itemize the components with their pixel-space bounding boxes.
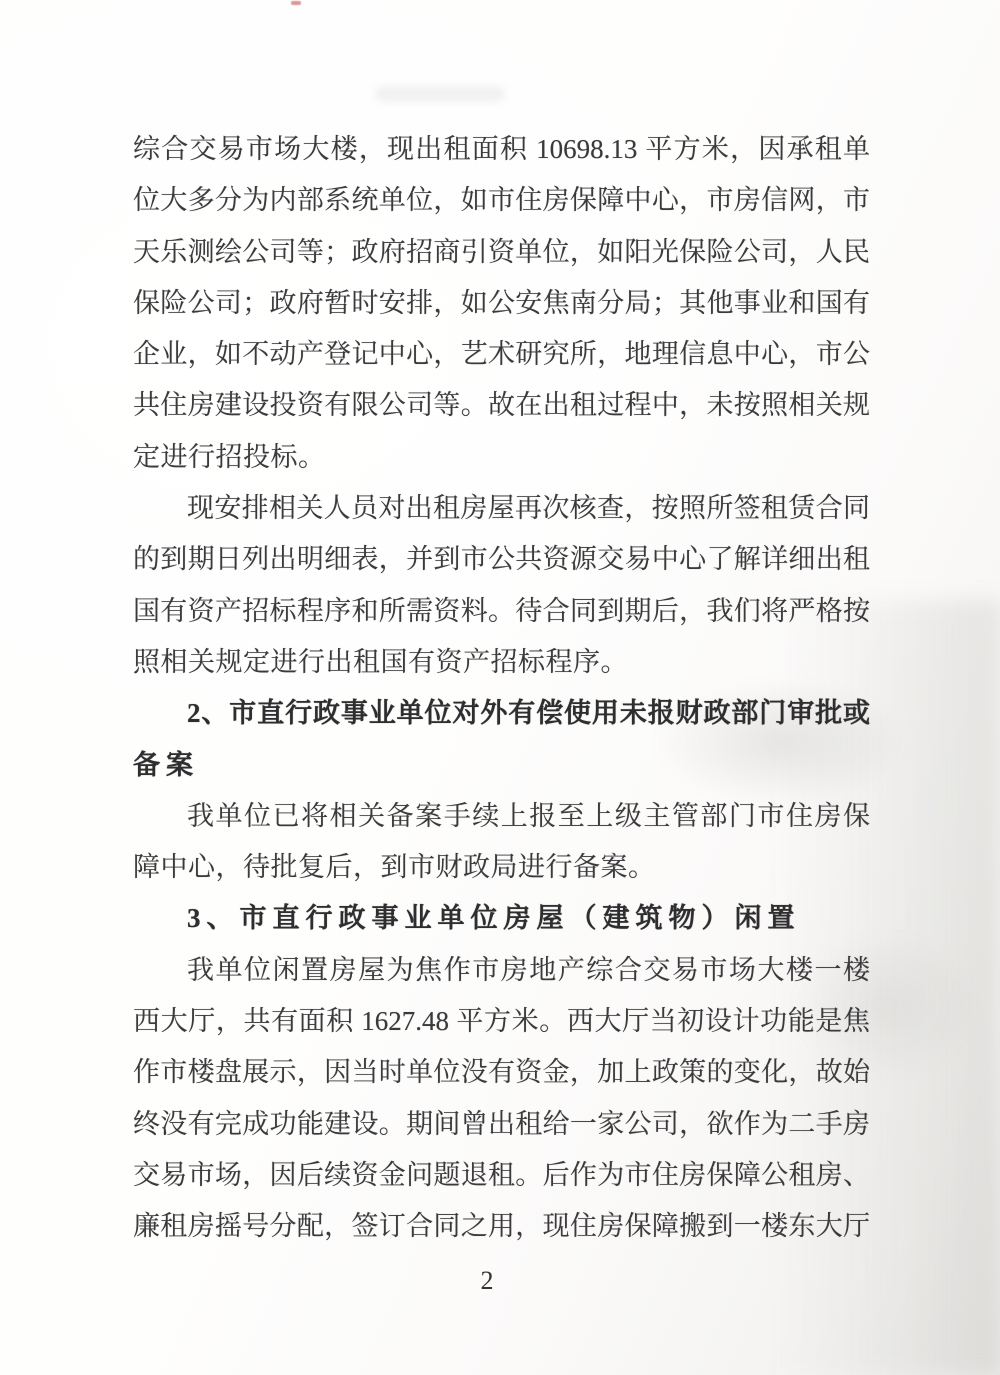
text-line: 我单位已将相关备案手续上报至上级主管部门市住房保: [133, 791, 870, 842]
section-heading-2: 2、市直行政事业单位对外有偿使用未报财政部门审批或: [133, 688, 870, 739]
text-line: 企业，如不动产登记中心，艺术研究所，地理信息中心，市公: [133, 329, 870, 380]
text-line: 我单位闲置房屋为焦作市房地产综合交易市场大楼一楼: [133, 945, 870, 996]
text-line: 共住房建设投资有限公司等。故在出租过程中，未按照相关规: [133, 380, 870, 431]
text-line: 国有资产招标程序和所需资料。待合同到期后，我们将严格按: [133, 586, 870, 637]
text-line: 现安排相关人员对出租房屋再次核查，按照所签租赁合同: [133, 483, 870, 534]
text-line: 西大厅，共有面积 1627.48 平方米。西大厅当初设计功能是焦: [133, 996, 870, 1047]
text-line: 保险公司；政府暂时安排，如公安焦南分局；其他事业和国有: [133, 278, 870, 329]
text-line: 照相关规定进行出租国有资产招标程序。: [133, 637, 870, 688]
scan-red-speck: [291, 1, 301, 5]
scanned-document-page: 综合交易市场大楼，现出租面积 10698.13 平方米，因承租单 位大多分为内部…: [0, 0, 1000, 1375]
text-line: 作市楼盘展示，因当时单位没有资金，加上政策的变化，故始: [133, 1047, 870, 1098]
page-number: 2: [0, 1266, 974, 1296]
text-line: 定进行招投标。: [133, 432, 870, 483]
text-line: 障中心，待批复后，到市财政局进行备案。: [133, 842, 870, 893]
text-line: 综合交易市场大楼，现出租面积 10698.13 平方米，因承租单: [133, 124, 870, 175]
text-line: 交易市场，因后续资金问题退租。后作为市住房保障公租房、: [133, 1150, 870, 1201]
section-heading-3: 3、市直行政事业单位房屋（建筑物）闲置: [133, 893, 870, 944]
section-heading-2-cont: 备案: [133, 740, 870, 791]
text-line: 的到期日列出明细表，并到市公共资源交易中心了解详细出租: [133, 534, 870, 585]
text-line: 天乐测绘公司等；政府招商引资单位，如阳光保险公司，人民: [133, 227, 870, 278]
scan-smudge-top: [375, 86, 505, 102]
text-line: 终没有完成功能建设。期间曾出租给一家公司，欲作为二手房: [133, 1099, 870, 1150]
text-line: 廉租房摇号分配，签订合同之用，现住房保障搬到一楼东大厅: [133, 1201, 870, 1252]
document-body-text: 综合交易市场大楼，现出租面积 10698.13 平方米，因承租单 位大多分为内部…: [133, 124, 870, 1253]
text-line: 位大多分为内部系统单位，如市住房保障中心，市房信网，市: [133, 175, 870, 226]
